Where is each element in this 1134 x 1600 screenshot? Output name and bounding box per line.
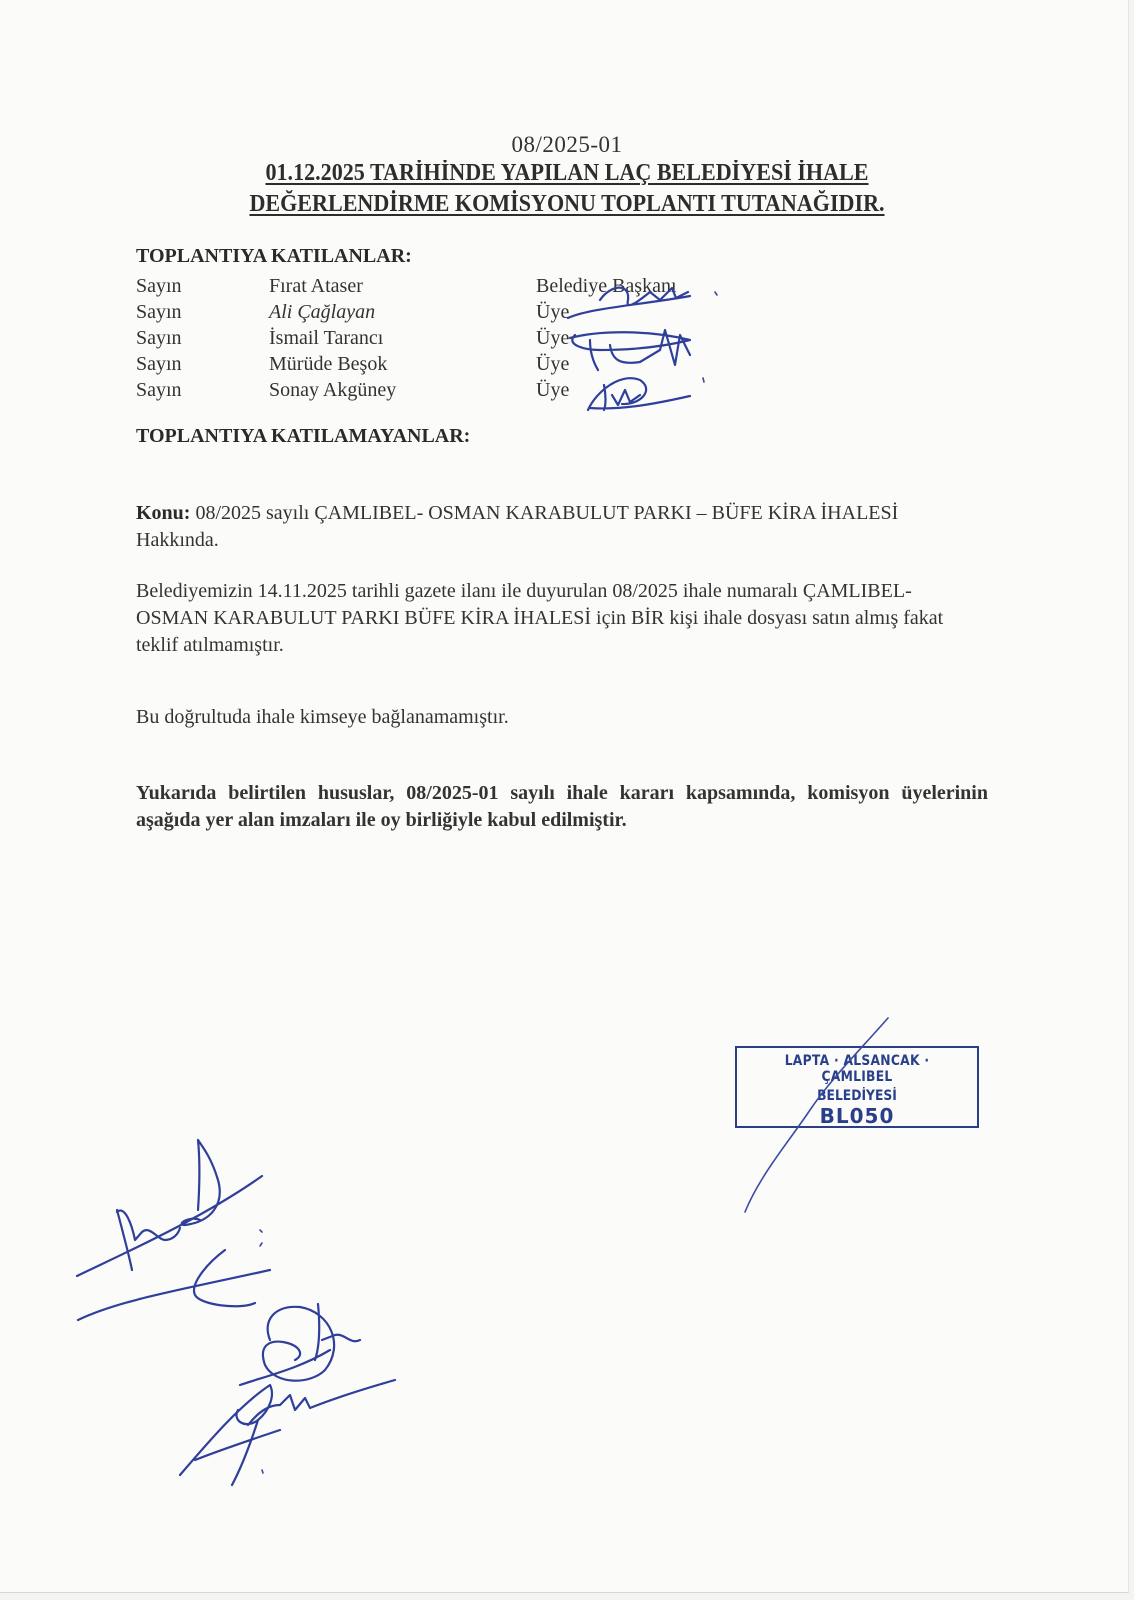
signature-ismail-taranci: [570, 330, 690, 370]
signatures-overlay: [0, 0, 1134, 1600]
signature-murude-besok: [588, 378, 704, 410]
stamp-signature-stroke: [745, 1018, 888, 1212]
document-page: 08/2025-01 01.12.2025 TARİHİNDE YAPILAN …: [0, 0, 1129, 1593]
signature-bottom-2: [78, 1250, 270, 1320]
signature-ali-caglayan: [568, 288, 717, 318]
signature-bottom-4: [180, 1380, 395, 1485]
signature-bottom-1: [77, 1140, 262, 1276]
signature-bottom-3: [240, 1304, 360, 1385]
